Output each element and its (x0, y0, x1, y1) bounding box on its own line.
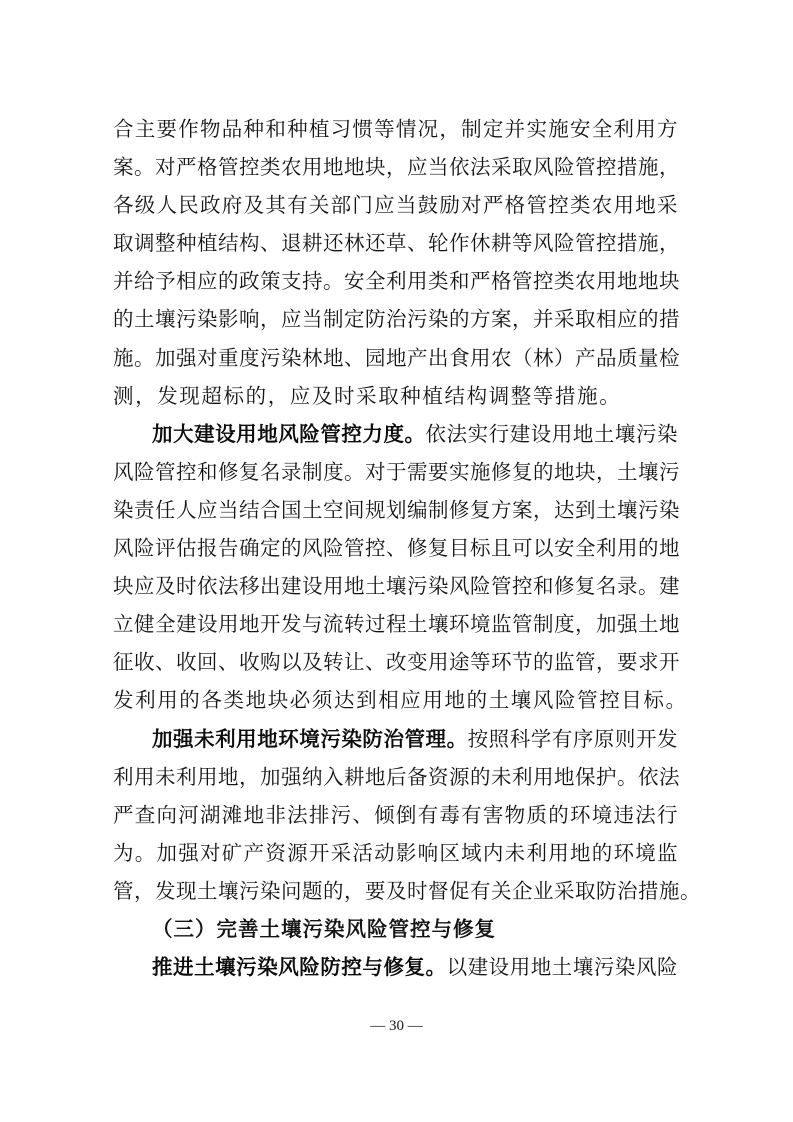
line-text: 依法实行建设用地土壤污染 (426, 422, 678, 446)
document-page: 合主要作物品种和种植习惯等情况，制定并实施安全利用方 案。对严格管控类农用地地块… (0, 0, 793, 1122)
line-text: 各级人民政府及其有关部门应当鼓励对严格管控类农用地采 (113, 193, 678, 217)
line-text: 并给予相应的政策支持。安全利用类和严格管控类农用地地块 (113, 269, 680, 293)
text-line: 各级人民政府及其有关部门应当鼓励对严格管控类农用地采 (113, 186, 678, 224)
text-line: 案。对严格管控类农用地地块，应当依法采取风险管控措施， (113, 148, 678, 186)
body-text: 合主要作物品种和种植习惯等情况，制定并实施安全利用方 案。对严格管控类农用地地块… (113, 110, 678, 986)
line-text: 为。加强对矿产资源开采活动影响区域内未利用地的环境监 (113, 841, 678, 865)
paragraph-first-line: 推进土壤污染风险防控与修复。以建设用地土壤污染风险 (113, 948, 678, 986)
line-text: 管，发现土壤污染问题的，要及时督促有关企业采取防治措施。 (113, 879, 701, 903)
line-text: 取调整种植结构、退耕还林还草、轮作休耕等风险管控措施， (113, 231, 680, 255)
line-text: 立健全建设用地开发与流转过程土壤环境监管制度，加强土地 (113, 612, 680, 636)
line-text: 风险管控和修复名录制度。对于需要实施修复的地块，土壤污 (113, 460, 680, 484)
line-text: 的土壤污染影响，应当制定防治污染的方案，并采取相应的措 (113, 307, 680, 331)
text-line: 取调整种植结构、退耕还林还草、轮作休耕等风险管控措施， (113, 224, 678, 262)
text-line: 严查向河湖滩地非法排污、倾倒有毒有害物质的环境违法行 (113, 796, 678, 834)
line-text: 案。对严格管控类农用地地块，应当依法采取风险管控措施， (113, 155, 680, 179)
text-line: 风险评估报告确定的风险管控、修复目标且可以安全利用的地 (113, 529, 678, 567)
paragraph-lead-bold: 推进土壤污染风险防控与修复。 (152, 955, 447, 979)
text-line: 染责任人应当结合国土空间规划编制修复方案，达到土壤污染 (113, 491, 678, 529)
section-heading-text: （三）完善土壤污染风险管控与修复 (152, 917, 496, 941)
text-line: 施。加强对重度污染林地、园地产出食用农（林）产品质量检 (113, 339, 678, 377)
text-line: 风险管控和修复名录制度。对于需要实施修复的地块，土壤污 (113, 453, 678, 491)
text-line: 为。加强对矿产资源开采活动影响区域内未利用地的环境监 (113, 834, 678, 872)
paragraph-lead-bold: 加大建设用地风险管控力度。 (152, 422, 426, 446)
text-line: 块应及时依法移出建设用地土壤污染风险管控和修复名录。建 (113, 567, 678, 605)
line-text: 严查向河湖滩地非法排污、倾倒有毒有害物质的环境违法行 (113, 803, 678, 827)
page-number: — 30 — (0, 1015, 793, 1037)
text-line: 征收、收回、收购以及转让、改变用途等环节的监管，要求开 (113, 643, 678, 681)
paragraph-first-line: 加强未利用地环境污染防治管理。按照科学有序原则开发 (113, 720, 678, 758)
paragraph-lead-bold: 加强未利用地环境污染防治管理。 (152, 727, 468, 751)
paragraph-first-line: 加大建设用地风险管控力度。依法实行建设用地土壤污染 (113, 415, 678, 453)
line-text: 利用未利用地，加强纳入耕地后备资源的未利用地保护。依法 (113, 765, 680, 789)
line-text: 块应及时依法移出建设用地土壤污染风险管控和修复名录。建 (113, 574, 680, 598)
text-line: 并给予相应的政策支持。安全利用类和严格管控类农用地地块 (113, 262, 678, 300)
text-line: 利用未利用地，加强纳入耕地后备资源的未利用地保护。依法 (113, 758, 678, 796)
text-line: 立健全建设用地开发与流转过程土壤环境监管制度，加强土地 (113, 605, 678, 643)
line-text: 风险评估报告确定的风险管控、修复目标且可以安全利用的地 (113, 536, 680, 560)
text-line: 的土壤污染影响，应当制定防治污染的方案，并采取相应的措 (113, 300, 678, 338)
text-line: 合主要作物品种和种植习惯等情况，制定并实施安全利用方 (113, 110, 678, 148)
line-text: 染责任人应当结合国土空间规划编制修复方案，达到土壤污染 (113, 498, 680, 522)
line-text: 发利用的各类地块必须达到相应用地的土壤风险管控目标。 (113, 688, 688, 712)
paragraph-last-line: 发利用的各类地块必须达到相应用地的土壤风险管控目标。 (113, 681, 678, 719)
line-text: 合主要作物品种和种植习惯等情况，制定并实施安全利用方 (113, 117, 678, 141)
line-text: 以建设用地土壤污染风险 (447, 955, 678, 979)
paragraph-last-line: 测，发现超标的，应及时采取种植结构调整等措施。 (113, 377, 678, 415)
line-text: 按照科学有序原则开发 (468, 727, 678, 751)
paragraph-last-line: 管，发现土壤污染问题的，要及时督促有关企业采取防治措施。 (113, 872, 678, 910)
line-text: 测，发现超标的，应及时采取种植结构调整等措施。 (113, 384, 621, 408)
line-text: 施。加强对重度污染林地、园地产出食用农（林）产品质量检 (113, 346, 680, 370)
line-text: 征收、收回、收购以及转让、改变用途等环节的监管，要求开 (113, 650, 680, 674)
section-heading: （三）完善土壤污染风险管控与修复 (113, 910, 678, 948)
